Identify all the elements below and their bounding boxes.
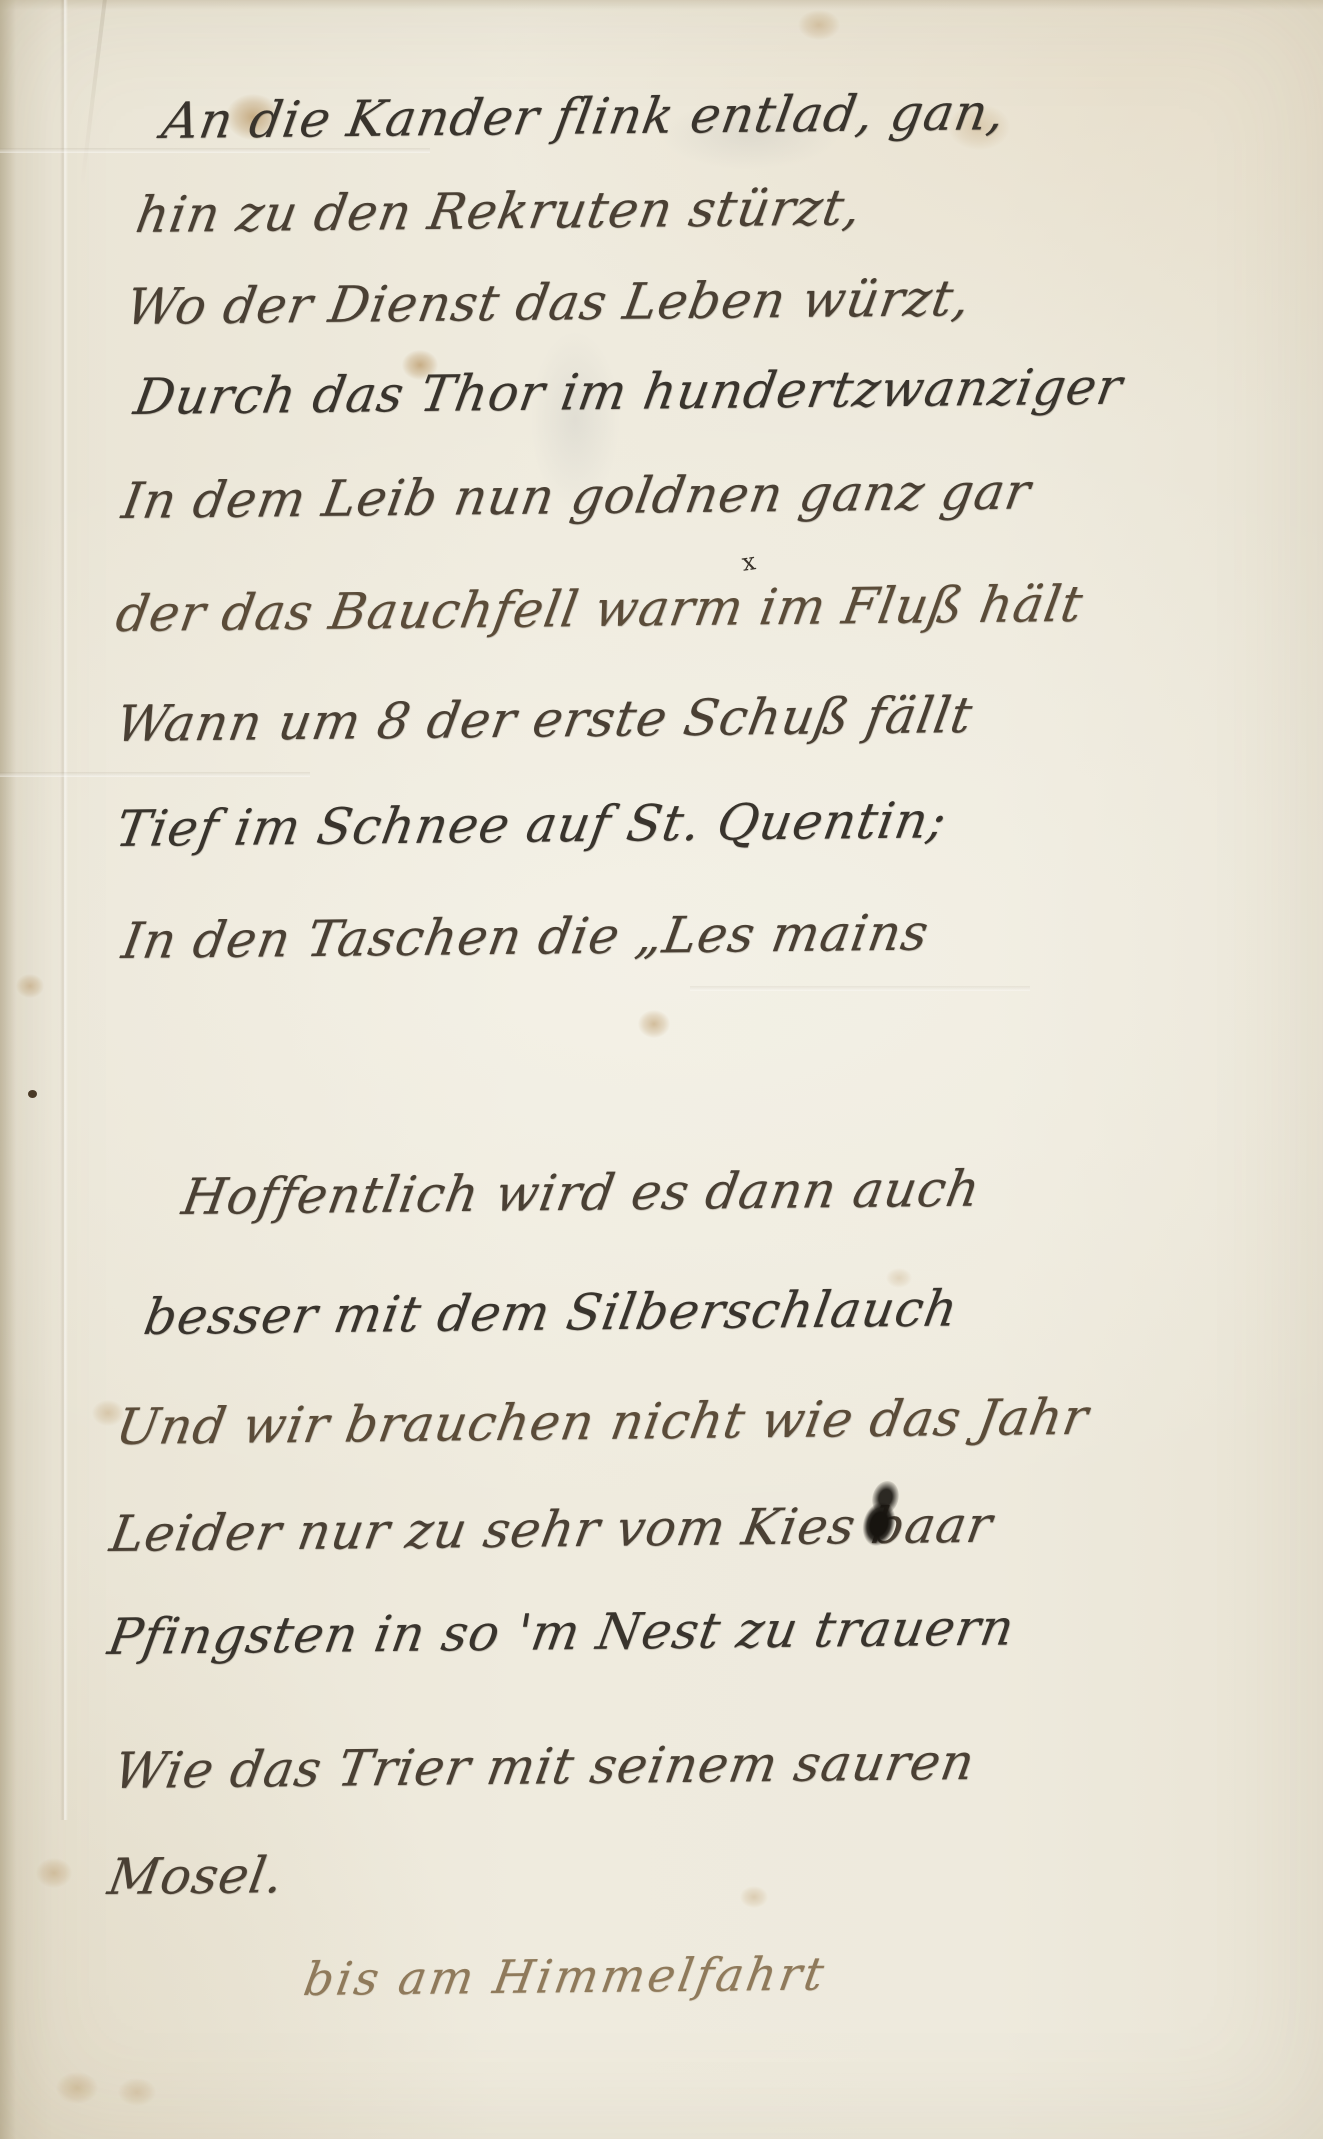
foxing-stain — [118, 2078, 156, 2106]
handwritten-line: Wo der Dienst das Leben würzt, — [122, 269, 975, 336]
handwritten-line: Pfingsten in so 'm Nest zu trauern — [104, 1599, 1019, 1666]
paper-edge-top — [0, 0, 1323, 10]
handwritten-line: Und wir brauchen nicht wie das Jahr — [112, 1388, 1093, 1456]
paper-edge-left — [0, 0, 16, 2139]
foxing-stain — [638, 1010, 670, 1038]
handwritten-line: Hoffentlich wird es dann auch — [178, 1160, 985, 1226]
handwritten-line: In den Taschen die „Les mains — [118, 904, 933, 970]
handwritten-line: In dem Leib nun goldnen ganz gar — [118, 463, 1035, 530]
manuscript-page: An die Kander flink entlad, gan, hin zu … — [0, 0, 1323, 2139]
handwritten-line: hin zu den Rekruten stürzt, — [132, 178, 866, 244]
closing-line: bis am Himmelfahrt — [300, 1947, 830, 2006]
corner-crease — [80, 0, 108, 187]
handwritten-line: der das Bauchfell warm im Fluß hält — [112, 575, 1087, 643]
horizontal-fold-crease — [690, 986, 1030, 991]
insertion-mark: x — [740, 547, 757, 577]
vertical-fold-crease — [60, 0, 68, 1820]
horizontal-fold-crease — [0, 772, 310, 777]
foxing-stain — [798, 10, 840, 40]
foxing-stain — [36, 1858, 72, 1888]
foxing-stain — [740, 1886, 768, 1908]
handwritten-line: Tief im Schnee auf St. Quentin; — [112, 791, 951, 858]
foxing-stain — [16, 974, 44, 998]
handwritten-line: An die Kander flink entlad, gan, — [158, 83, 1010, 150]
handwritten-line: Durch das Thor im hundertzwanziger — [130, 358, 1127, 426]
handwritten-line: Wie das Trier mit seinem sauren — [110, 1733, 979, 1800]
handwritten-line: Wann um 8 der erste Schuß fällt — [112, 686, 977, 753]
handwritten-line: Mosel. — [104, 1846, 288, 1906]
foxing-stain — [56, 2072, 98, 2104]
handwritten-line: besser mit dem Silberschlauch — [140, 1280, 962, 1346]
ink-speck — [28, 1090, 37, 1098]
